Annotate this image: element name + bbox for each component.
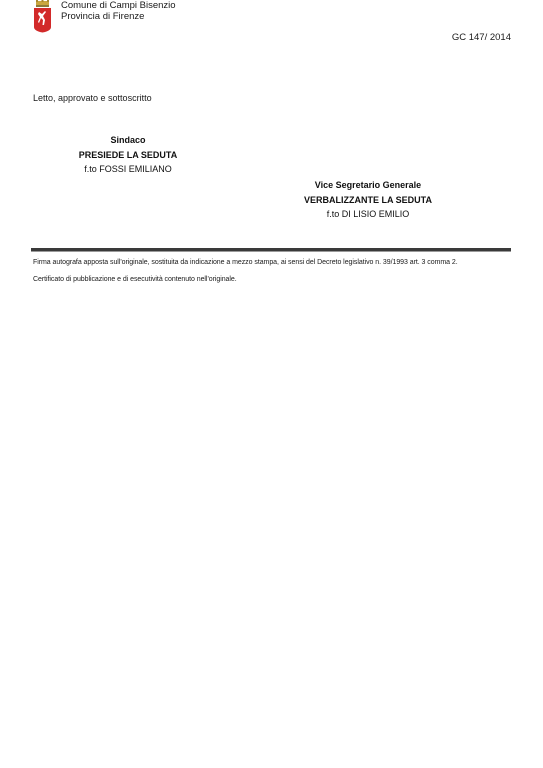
autograph-note: Firma autografa apposta sull'originale, … <box>33 259 458 266</box>
signature-name: f.to FOSSI EMILIANO <box>50 162 206 177</box>
signature-name: f.to DI LISIO EMILIO <box>290 207 446 222</box>
signature-block-secretary: Vice Segretario Generale VERBALIZZANTE L… <box>290 178 446 222</box>
certificate-note: Certificato di pubblicazione e di esecut… <box>33 276 237 283</box>
approval-statement: Letto, approvato e sottoscritto <box>33 93 152 103</box>
signature-function: PRESIEDE LA SEDUTA <box>50 148 206 163</box>
divider-rule <box>31 248 511 252</box>
province-name: Provincia di Firenze <box>61 11 176 22</box>
document-header: Comune di Campi Bisenzio Provincia di Fi… <box>61 0 176 22</box>
municipality-name: Comune di Campi Bisenzio <box>61 0 176 11</box>
signature-role: Sindaco <box>50 133 206 148</box>
signature-function: VERBALIZZANTE LA SEDUTA <box>290 193 446 208</box>
signature-role: Vice Segretario Generale <box>290 178 446 193</box>
reference-number: GC 147/ 2014 <box>452 32 511 43</box>
signature-block-mayor: Sindaco PRESIEDE LA SEDUTA f.to FOSSI EM… <box>50 133 206 177</box>
coat-of-arms-icon <box>33 0 52 33</box>
